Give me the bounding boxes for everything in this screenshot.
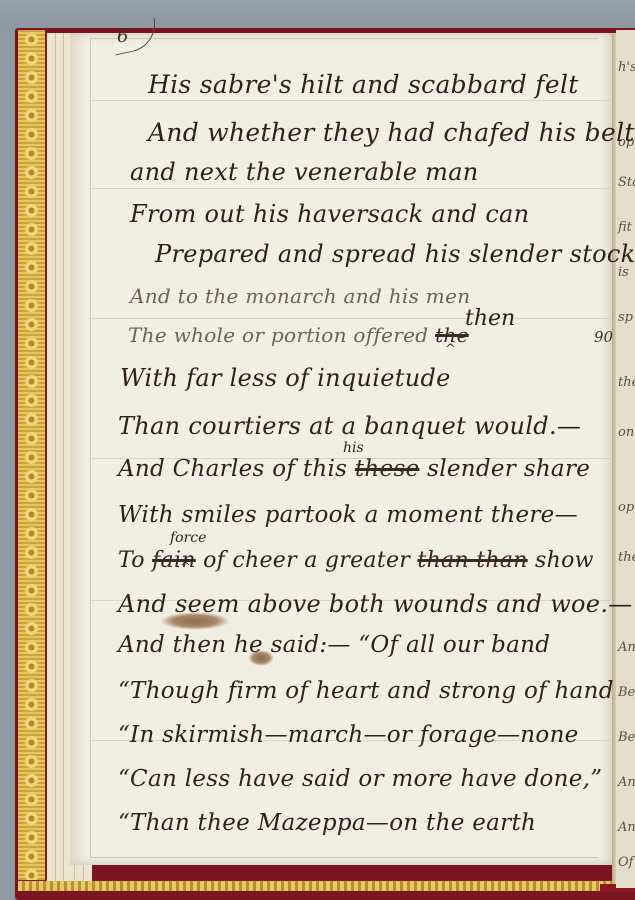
verse-line: His sabre's hilt and scabbard felt <box>148 70 579 99</box>
inserted-word: his <box>343 440 364 456</box>
facing-fragment: Stay <box>618 175 635 190</box>
facing-fragment: once <box>618 425 635 440</box>
verse-line: “Can less have said or more have done,” <box>118 766 602 792</box>
facing-fragment: And <box>618 640 635 655</box>
verse-line: and next the venerable man <box>130 158 479 186</box>
inserted-word: force <box>170 530 206 546</box>
verse-line: From out his haversack and can <box>130 200 529 228</box>
gilt-edge-bottom <box>18 880 618 891</box>
ruled-line <box>90 188 610 189</box>
facing-fragment: the <box>618 375 635 390</box>
facing-fragment: opp <box>618 500 635 515</box>
insertion-caret: ^ <box>445 342 456 357</box>
verse-text: slender share <box>427 456 590 482</box>
verse-line: And then he said:— “Of all our band <box>118 632 550 658</box>
verse-line: And whether they had chafed his belt <box>148 118 635 147</box>
verse-line: And to the monarch and his men <box>130 284 470 308</box>
verse-line: “In skirmish—march—or forage—none <box>118 722 579 748</box>
facing-page: h'st opp Stay fit is sp the once opp the… <box>616 30 635 888</box>
background-top <box>0 0 635 30</box>
verse-text: The whole or portion offered <box>128 323 428 347</box>
facing-fragment: the <box>618 550 635 565</box>
facing-fragment: Befo <box>618 685 635 700</box>
verse-line: And Charles of this these slender share <box>118 456 590 482</box>
inserted-word: then <box>465 306 515 331</box>
facing-fragment: h'st <box>618 60 635 75</box>
ruled-line <box>90 318 610 319</box>
verse-text: To <box>118 548 145 573</box>
verse-text: of cheer a greater <box>203 548 410 573</box>
facing-fragment: fit <box>618 220 632 235</box>
verse-line: The whole or portion offered the <box>128 323 469 347</box>
verse-line: “Though firm of heart and strong of hand <box>118 678 614 704</box>
ink-blot <box>160 612 230 630</box>
facing-fragment: Of the <box>618 855 635 870</box>
facing-fragment: sp <box>618 310 633 325</box>
facing-fragment: And <box>618 820 635 835</box>
verse-line: “Than thee Mazeppa—on the earth <box>118 810 536 836</box>
facing-fragment: Beyo <box>618 730 635 745</box>
verse-text: And Charles of this <box>118 456 347 482</box>
verse-line: With smiles partook a moment there— <box>118 502 578 528</box>
verse-line: Than courtiers at a banquet would.— <box>118 412 581 440</box>
struck-word: than than <box>417 548 527 573</box>
page-number: 6 <box>117 26 128 47</box>
facing-fragment: And <box>618 775 635 790</box>
margin-line-count: 90 <box>594 328 613 346</box>
ruled-line <box>90 100 610 101</box>
gilt-edge-left <box>18 30 47 890</box>
verse-line: Prepared and spread his slender stock <box>155 240 635 268</box>
verse-line: With far less of inquietude <box>120 364 451 392</box>
struck-word: these <box>355 456 420 482</box>
insertion-caret: ^ <box>180 560 191 575</box>
verse-text: show <box>535 548 594 573</box>
